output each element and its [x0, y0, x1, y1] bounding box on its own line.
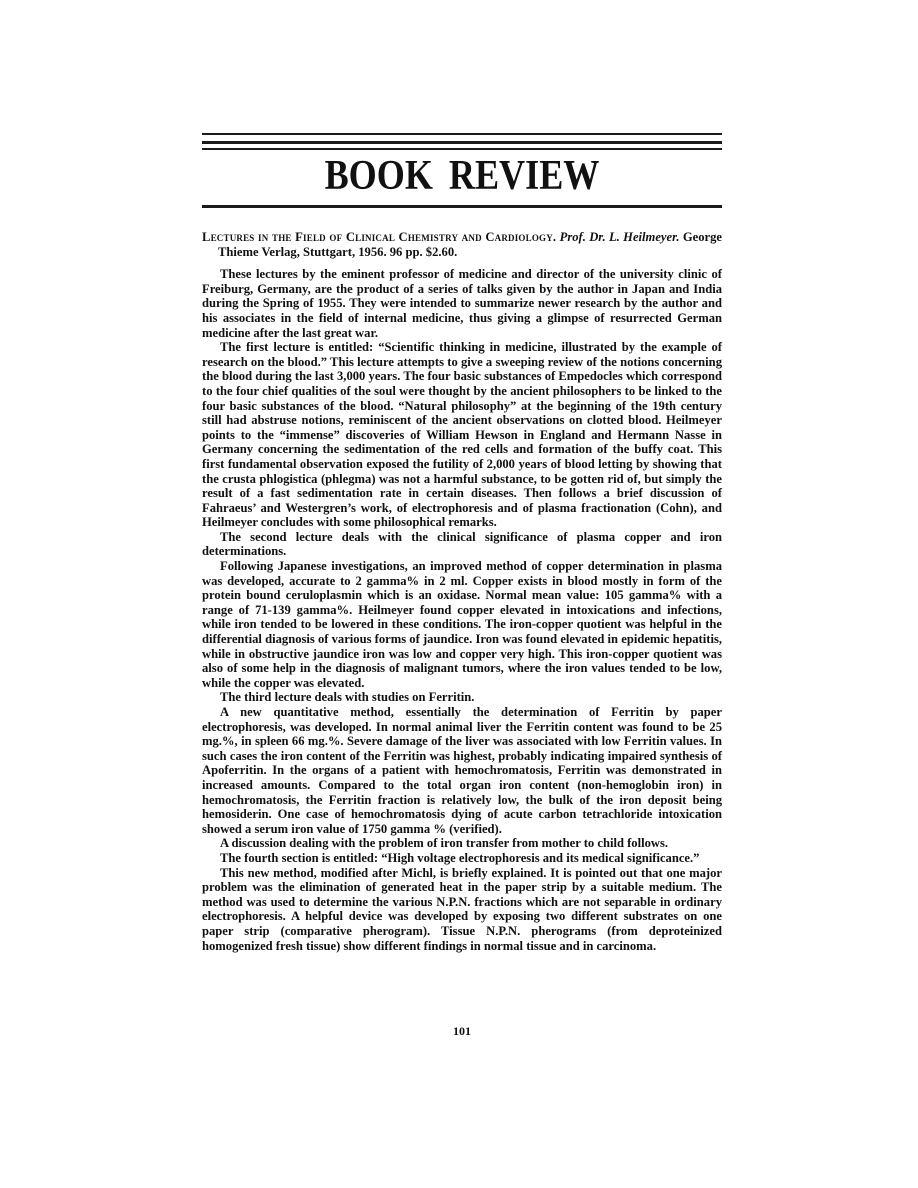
- paragraph: This new method, modified after Michl, i…: [202, 866, 722, 954]
- paragraph: A discussion dealing with the problem of…: [202, 836, 722, 851]
- review-body: Lectures in the Field of Clinical Chemis…: [202, 230, 722, 953]
- page-title: BOOK REVIEW: [238, 150, 685, 202]
- paragraph: The fourth section is entitled: “High vo…: [202, 851, 722, 866]
- paragraph: A new quantitative method, essentially t…: [202, 705, 722, 836]
- book-title: Lectures in the Field of Clinical Chemis…: [202, 230, 556, 244]
- header-rule-middle: [202, 141, 722, 144]
- paragraph: The second lecture deals with the clinic…: [202, 530, 722, 559]
- book-author: Prof. Dr. L. Heilmeyer.: [560, 230, 680, 244]
- paragraph: These lectures by the eminent professor …: [202, 267, 722, 340]
- book-citation: Lectures in the Field of Clinical Chemis…: [202, 230, 722, 259]
- paragraph: Following Japanese investigations, an im…: [202, 559, 722, 690]
- paragraph: The first lecture is entitled: “Scientif…: [202, 340, 722, 530]
- page-number: 101: [202, 1024, 722, 1039]
- title-underline-rule: [202, 205, 722, 208]
- paragraph: The third lecture deals with studies on …: [202, 690, 722, 705]
- header-rule-top: [202, 133, 722, 135]
